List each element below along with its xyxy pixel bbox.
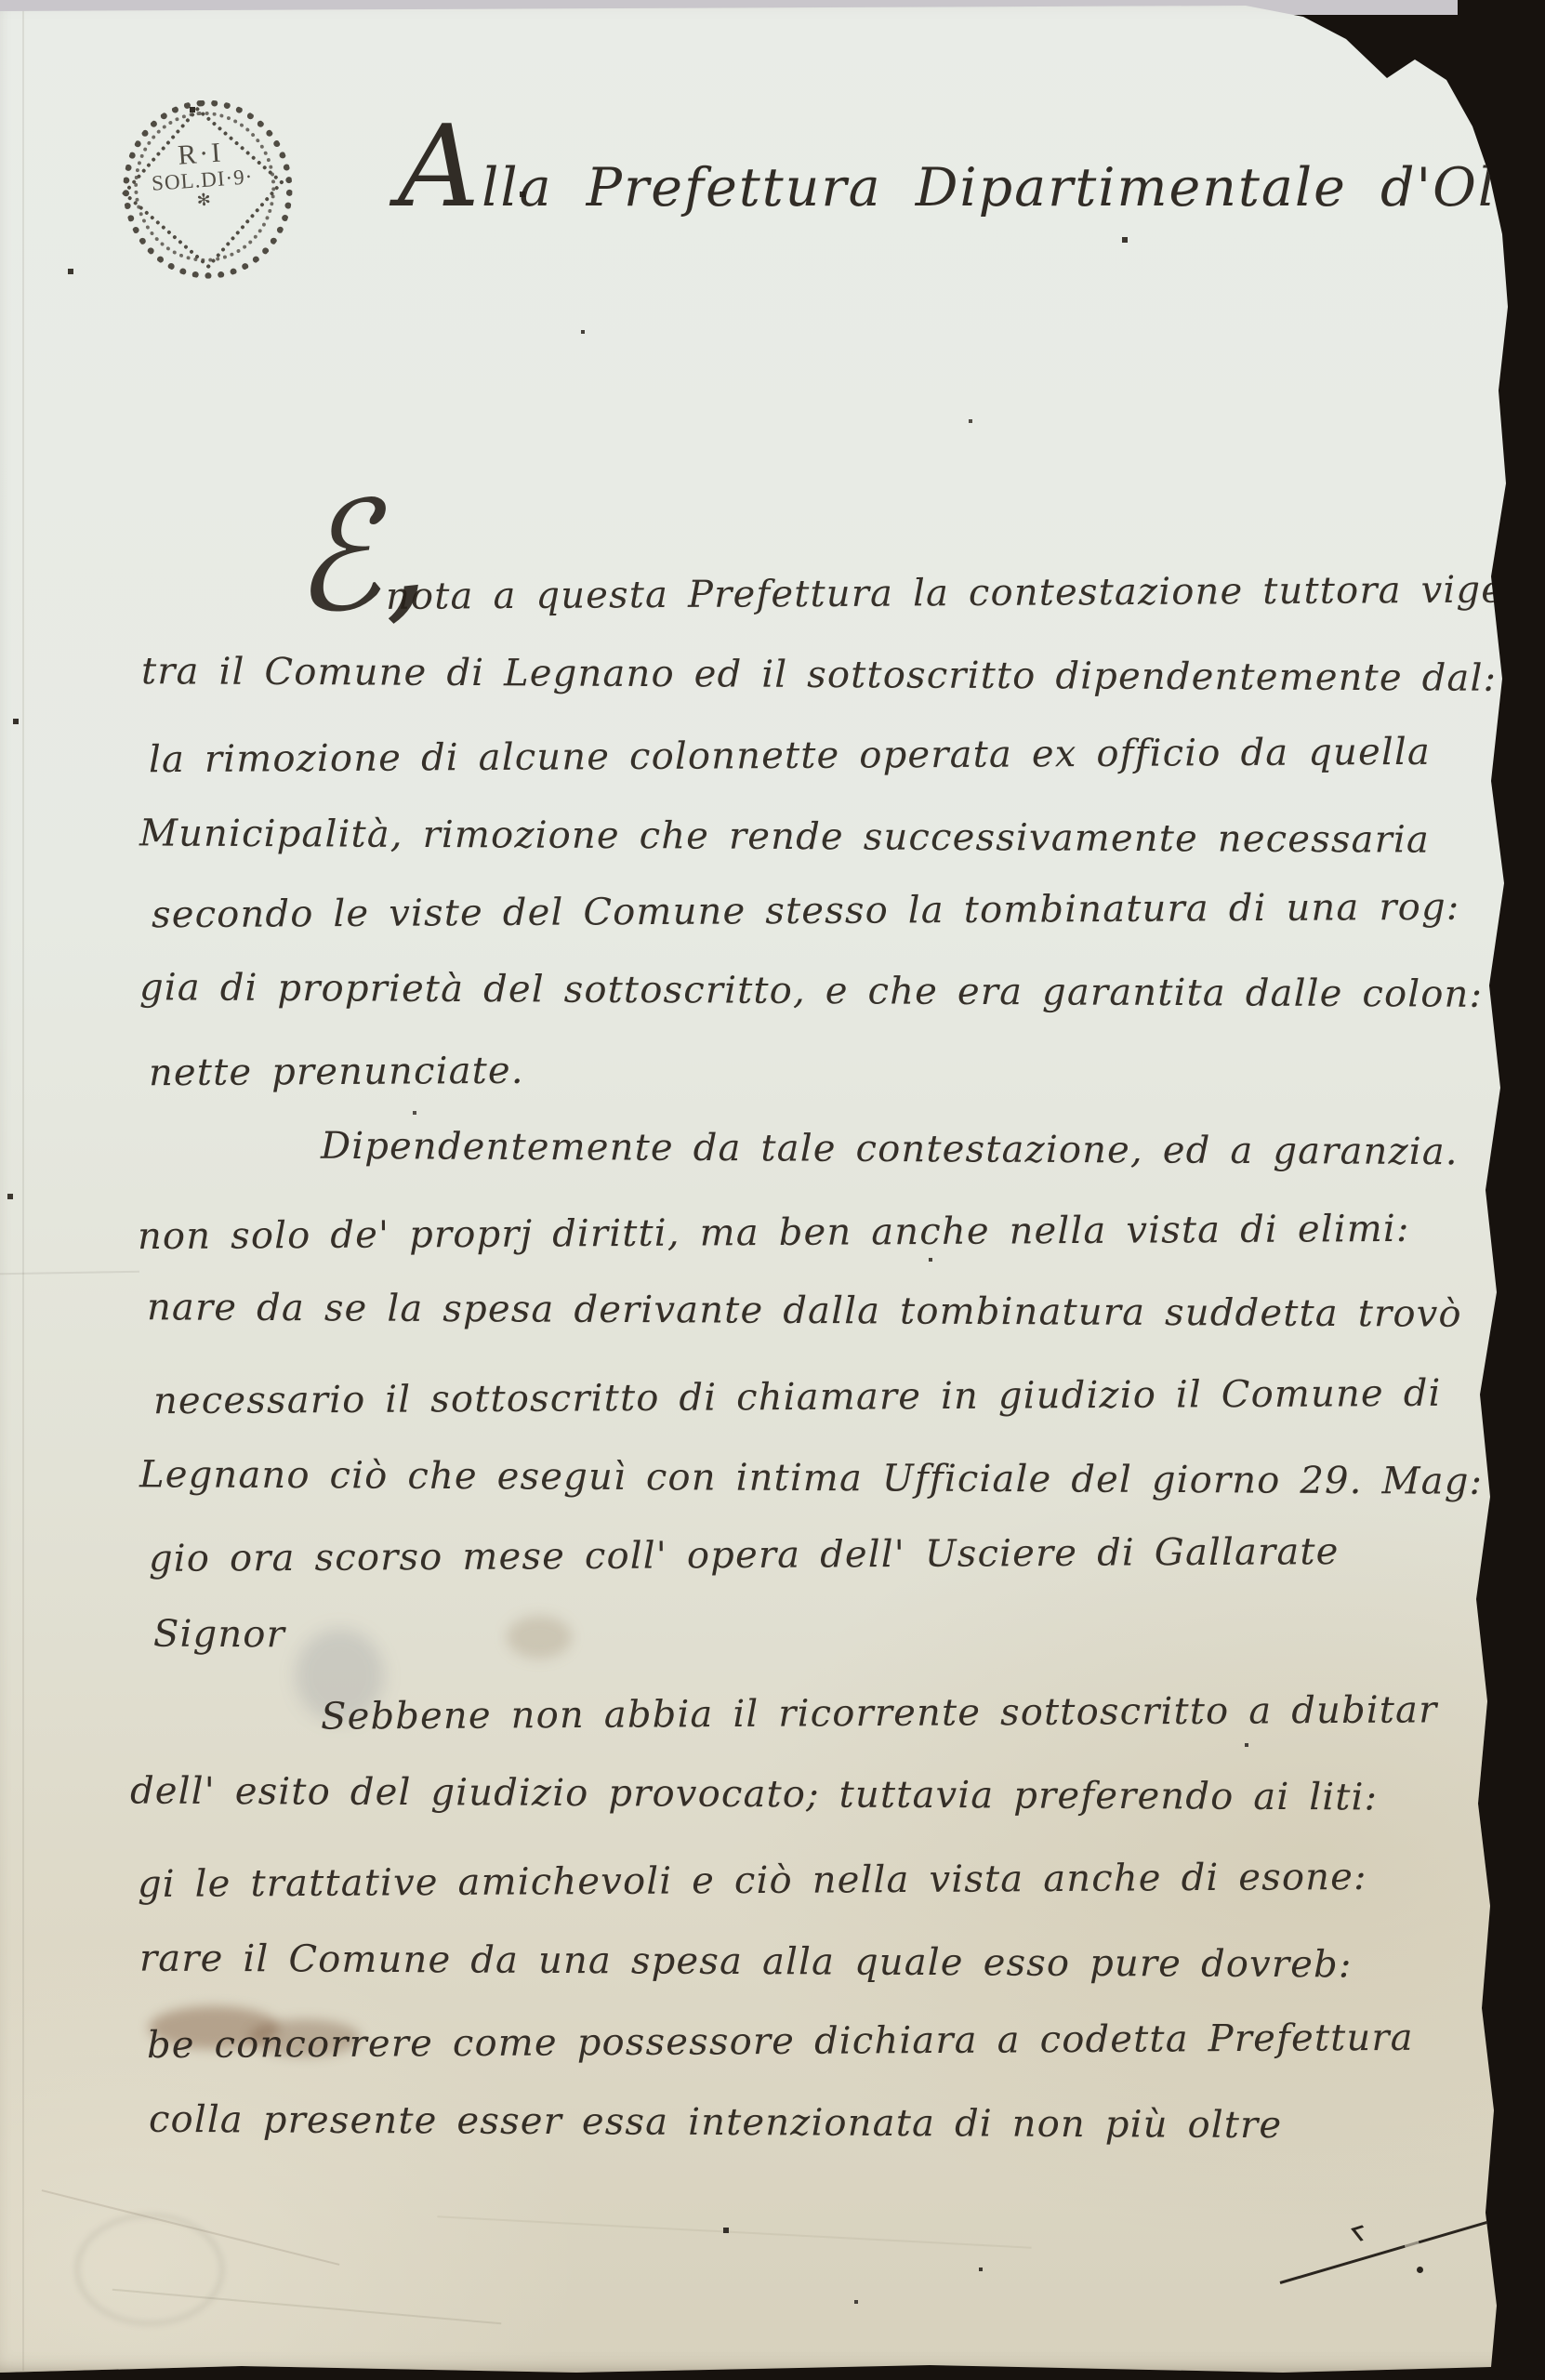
revenue-stamp: R·I SOL.DI·9· ✻: [112, 80, 293, 288]
manuscript-line: Dipendentemente da tale contestazione, e…: [321, 1128, 1459, 1170]
manuscript-line: be concorrere come possessore dichiara a…: [147, 2019, 1414, 2064]
manuscript-line: Legnano ciò che eseguì con intima Uffici…: [139, 1456, 1483, 1501]
manuscript-line: non solo de' proprj diritti, ma ben anch…: [138, 1210, 1410, 1255]
manuscript-line: necessario il sottoscritto di chiamare i…: [153, 1375, 1442, 1420]
fold-crease: [0, 1271, 139, 1276]
manuscript-line: nare da se la spesa derivante dalla tomb…: [147, 1289, 1462, 1332]
paper-sheet: R·I SOL.DI·9· ✻ Alla Prefettura Dipartim…: [0, 0, 1545, 2380]
fold-crease: [22, 9, 24, 2371]
manuscript-line: gia di proprietà del sottoscritto, e che…: [139, 969, 1483, 1013]
stray-pen-mark: [1351, 2225, 1372, 2241]
stamp-text: R·I SOL.DI·9· ✻: [116, 134, 288, 215]
manuscript-line: colla presente esser essa intenzionata d…: [149, 2101, 1282, 2144]
document-title: Alla Prefettura Dipartimentale d'Olona: [398, 110, 1545, 223]
manuscript-line: nota a questa Prefettura la contestazion…: [386, 571, 1545, 615]
manuscript-line: la rimozione di alcune colonnette operat…: [149, 734, 1431, 778]
manuscript-line: rare il Comune da una spesa alla quale e…: [139, 1940, 1353, 1984]
show-through-mark: [74, 2213, 225, 2326]
manuscript-line: Sebbene non abbia il ricorrente sottoscr…: [321, 1691, 1438, 1735]
stray-pen-stroke: [1280, 2214, 1512, 2284]
fold-crease: [437, 2215, 1031, 2248]
manuscript-line: nette prenunciate.: [149, 1052, 524, 1091]
manuscript-line: tra il Comune di Legnano ed il sottoscri…: [141, 653, 1497, 697]
manuscript-line: Municipalità, rimozione che rende succes…: [139, 814, 1430, 858]
manuscript-scan: R·I SOL.DI·9· ✻ Alla Prefettura Dipartim…: [0, 0, 1545, 2380]
stray-ink-dot: [1417, 2267, 1423, 2273]
manuscript-line: secondo le viste del Comune stesso la to…: [152, 889, 1460, 934]
manuscript-line: gio ora scorso mese coll' opera dell' Us…: [149, 1533, 1340, 1578]
title-text: lla Prefettura Dipartimentale d'Olona: [482, 157, 1545, 218]
title-initial: A: [398, 100, 482, 232]
manuscript-line: dell' esito del giudizio provocato; tutt…: [130, 1772, 1378, 1816]
manuscript-line: Signor: [153, 1616, 285, 1654]
smudge-stain: [507, 1616, 572, 1659]
manuscript-line: gi le trattative amichevoli e ciò nella …: [138, 1858, 1367, 1903]
